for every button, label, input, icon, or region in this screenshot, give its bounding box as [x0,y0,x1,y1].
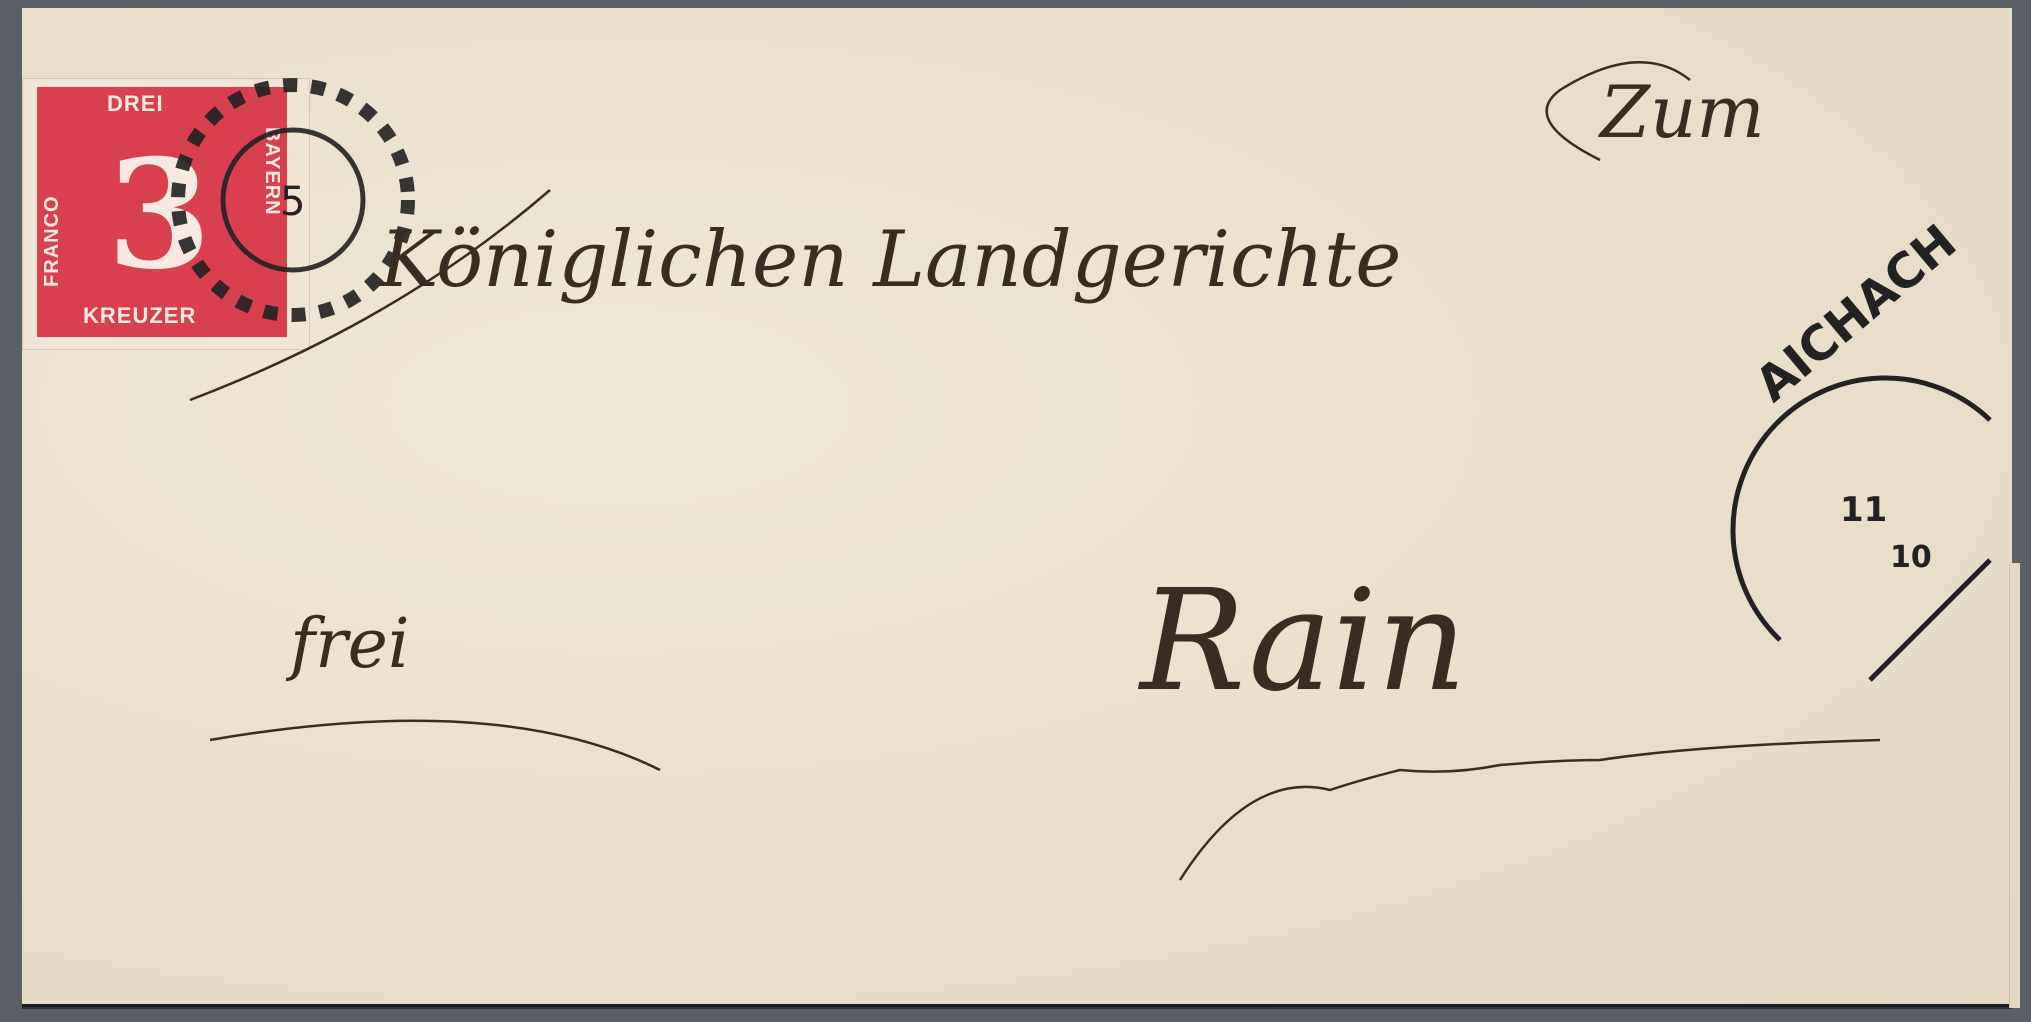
address-line-1: Zum [1600,70,1765,154]
franking-note: frei [290,605,410,684]
postmark-month: 10 [1890,540,1932,575]
address-line-3: Rain [1140,560,1467,723]
cancel-number: 5 [280,179,305,225]
postmark-day: 11 [1840,490,1887,530]
address-line-2: Königlichen Landgerichte [380,215,1401,305]
handwriting-flourishes [190,62,1880,880]
